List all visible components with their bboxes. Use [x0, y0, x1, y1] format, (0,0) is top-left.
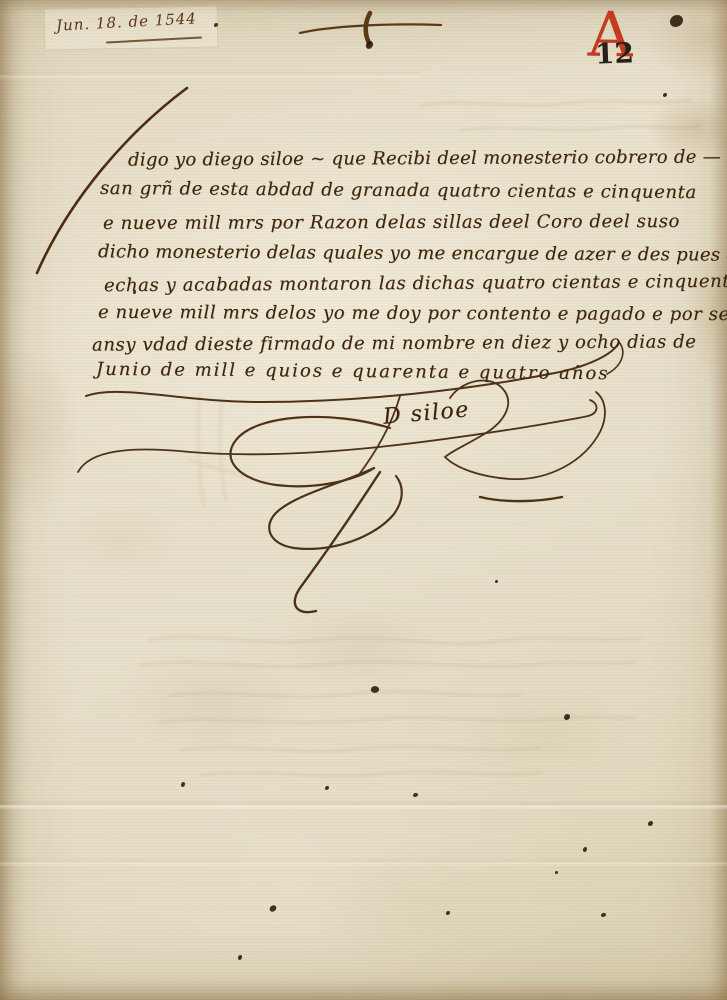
ink-speck — [670, 15, 683, 27]
ink-speck — [555, 871, 558, 874]
ink-speck — [564, 714, 570, 720]
manuscript-line: echas y acabadas montaron las dichas qua… — [104, 271, 727, 296]
folio-number: 12 — [595, 39, 635, 68]
ink-speck — [238, 955, 242, 960]
manuscript-line: san grñ de esta abdad de granada quatro … — [100, 178, 697, 203]
manuscript-line: dicho monesterio delas quales yo me enca… — [98, 241, 727, 265]
ink-speck — [583, 847, 587, 852]
ink-speck — [325, 786, 329, 790]
ink-speck — [269, 904, 278, 913]
ink-speck — [601, 913, 606, 917]
ink-speck — [663, 93, 667, 97]
paper-edge-shadow-bottom — [0, 978, 727, 1000]
fold-crease — [0, 857, 727, 867]
manuscript-page: Jun. 18. de 1544 A 12 digo yo diego silo… — [0, 0, 727, 1000]
ink-speck — [181, 782, 185, 787]
fold-crease — [0, 800, 727, 810]
ink-speck — [495, 580, 498, 583]
manuscript-line: e nueve mill mrs delos yo me doy por con… — [98, 302, 727, 325]
ink-speck — [370, 685, 380, 694]
manuscript-line: digo yo diego siloe ~ que Recibi deel mo… — [128, 146, 727, 170]
paper-edge-shadow-left — [0, 0, 26, 1000]
ink-speck — [365, 40, 373, 49]
manuscript-line: Junio de mill e quios e quarenta e quatr… — [96, 359, 610, 384]
ink-speck — [446, 911, 450, 915]
ink-speck — [413, 793, 418, 797]
ink-speck — [648, 821, 653, 826]
manuscript-line: ansy vdad dieste firmado de mi nombre en… — [92, 331, 697, 355]
signature-name: D siloe — [382, 397, 471, 429]
manuscript-line: e nueve mill mrs por Razon delas sillas … — [103, 211, 680, 234]
fold-crease — [0, 70, 420, 80]
